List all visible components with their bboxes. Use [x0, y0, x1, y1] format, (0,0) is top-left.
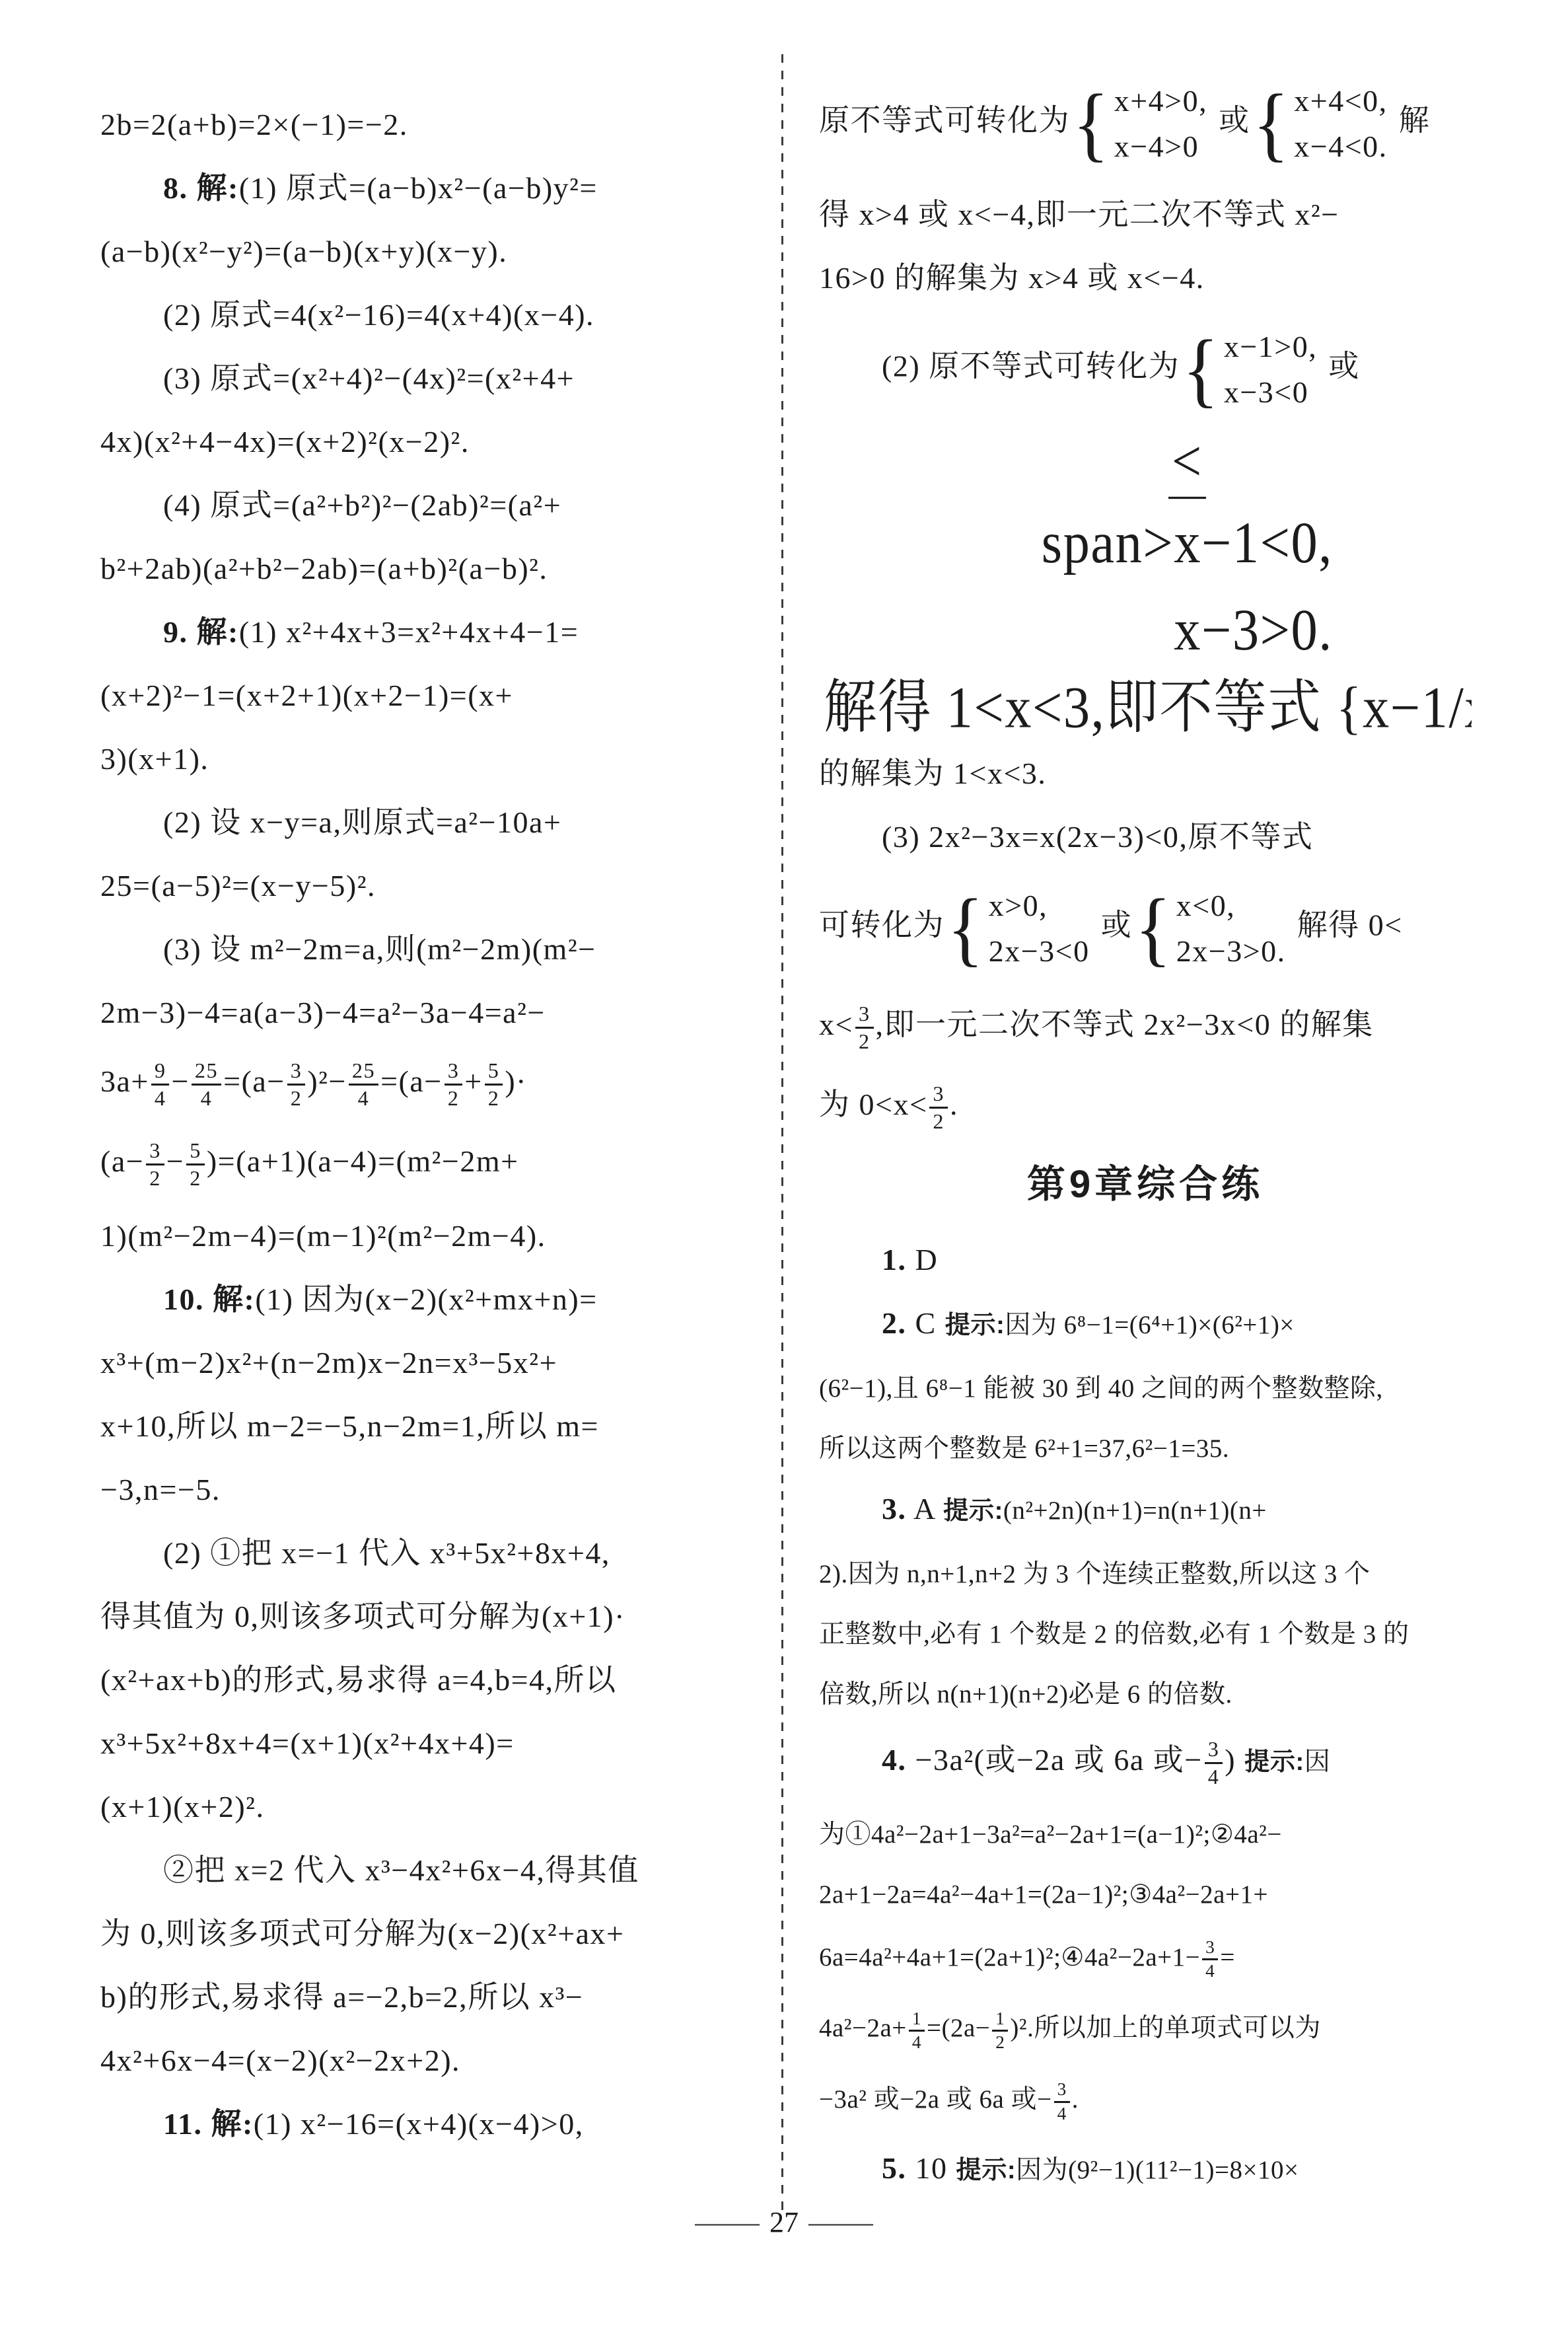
text-line: 2).因为 n,n+1,n+2 为 3 个连续正整数,所以这 3 个	[819, 1557, 1472, 1590]
answer-page: 2b=2(a+b)=2×(−1)=−2.8. 解:(1) 原式=(a−b)x²−…	[0, 0, 1568, 2325]
column-divider	[781, 54, 783, 2216]
text-line: (3) 原式=(x²+4)²−(4x)²=(x²+4+	[100, 361, 753, 396]
text-line: −3,n=−5.	[100, 1472, 753, 1508]
text-line: 6a=4a²+4a+1=(2a+1)²;④4a²−2a+1−34=	[819, 1937, 1472, 1982]
text-line: (2) ①把 x=−1 代入 x³+5x²+8x+4,	[100, 1535, 753, 1571]
text-line: 正整数中,必有 1 个数是 2 的倍数,必有 1 个数是 3 的	[819, 1617, 1472, 1650]
text-line: (2) 设 x−y=a,则原式=a²−10a+	[100, 805, 753, 840]
text-line: (3) 设 m²−2m=a,则(m²−2m)(m²−	[100, 932, 753, 967]
text-line: 4x²+6x−4=(x−2)(x²−2x+2).	[100, 2043, 753, 2079]
page-number: 27	[769, 2205, 799, 2239]
text-line: x<32,即一元二次不等式 2x²−3x<0 的解集	[819, 1002, 1472, 1054]
text-line: 为 0,则该多项式可分解为(x−2)(x²+ax+	[100, 1916, 753, 1952]
text-line: 3a+94−254=(a−32)²−254=(a−32+52)·	[100, 1058, 753, 1111]
text-line: b²+2ab)(a²+b²−2ab)=(a+b)²(a−b)².	[100, 551, 753, 587]
footer-dash-right: —	[809, 2205, 873, 2239]
text-line: 4. −3a²(或−2a 或 6a 或−34) 提示:因	[819, 1737, 1472, 1789]
text-line: 为①4a²−2a+1−3a²=a²−2a+1=(a−1)²;②4a²−	[819, 1817, 1472, 1851]
text-line: ②把 x=2 代入 x³−4x²+6x−4,得其值	[100, 1853, 753, 1888]
text-line: 所以这两个整数是 6²+1=37,6²−1=35.	[819, 1431, 1472, 1465]
text-line: 原不等式可转化为{x+4>0,x−4>0 或{x+4<0,x−4<0. 解	[819, 78, 1472, 169]
text-line: 8. 解:(1) 原式=(a−b)x²−(a−b)y²=	[100, 170, 753, 206]
text-line: 16>0 的解集为 x>4 或 x<−4.	[819, 260, 1472, 296]
text-line: 4x)(x²+4−4x)=(x+2)²(x−2)².	[100, 424, 753, 460]
text-line: 11. 解:(1) x²−16=(x+4)(x−4)>0,	[100, 2106, 753, 2142]
text-line: (x²+ax+b)的形式,易求得 a=4,b=4,所以	[100, 1662, 753, 1698]
text-line: (x+2)²−1=(x+2+1)(x+2−1)=(x+	[100, 678, 753, 714]
text-line: x³+(m−2)x²+(n−2m)x−2n=x³−5x²+	[100, 1345, 753, 1381]
text-line: (6²−1),且 6⁸−1 能被 30 到 40 之间的两个整数整除,	[819, 1371, 1472, 1405]
text-line: 4a²−2a+14=(2a−12)².所以加上的单项式可以为	[819, 2009, 1472, 2053]
text-line: 1. D	[819, 1242, 1472, 1278]
section-header: 第9章综合练	[819, 1162, 1472, 1208]
right-column: 原不等式可转化为{x+4>0,x−4>0 或{x+4<0,x−4<0. 解得 x…	[819, 78, 1472, 2219]
text-line: 可转化为{x>0,2x−3<0 或{x<0,2x−3>0. 解得 0<	[819, 883, 1472, 974]
text-line: x³+5x²+8x+4=(x+1)(x²+4x+4)=	[100, 1726, 753, 1761]
text-line: x+10,所以 m−2=−5,n−2m=1,所以 m=	[100, 1409, 753, 1444]
page-footer: — 27 —	[0, 2205, 1568, 2239]
text-line: 得其值为 0,则该多项式可分解为(x+1)·	[100, 1599, 753, 1635]
text-line: 2. C 提示:因为 6⁸−1=(6⁴+1)×(6²+1)×	[819, 1306, 1472, 1343]
text-line: b)的形式,易求得 a=−2,b=2,所以 x³−	[100, 1979, 753, 2015]
text-line: (3) 2x²−3x=x(2x−3)<0,原不等式	[819, 819, 1472, 855]
text-line: 3)(x+1).	[100, 741, 753, 777]
text-line: 25=(a−5)²=(x−y−5)².	[100, 868, 753, 904]
text-line: −3a² 或−2a 或 6a 或−34.	[819, 2079, 1472, 2124]
text-line: 1)(m²−2m−4)=(m−1)²(m²−2m−4).	[100, 1218, 753, 1254]
text-line: (2) 原不等式可转化为{x−1>0,x−3<0 或	[819, 324, 1472, 415]
text-line: 9. 解:(1) x²+4x+3=x²+4x+4−1=	[100, 614, 753, 650]
text-line: 得 x>4 或 x<−4,即一元二次不等式 x²−	[819, 197, 1472, 233]
text-line: 3. A 提示:(n²+2n)(n+1)=n(n+1)(n+	[819, 1491, 1472, 1529]
text-line: (x+1)(x+2)².	[100, 1789, 753, 1825]
text-line: 5. 10 提示:因为(9²−1)(11²−1)=8×10×	[819, 2151, 1472, 2188]
text-line: 2a+1−2a=4a²−4a+1=(2a−1)²;③4a²−2a+1+	[819, 1877, 1472, 1911]
text-line: 2m−3)−4=a(a−3)−4=a²−3a−4=a²−	[100, 995, 753, 1031]
text-line: 倍数,所以 n(n+1)(n+2)必是 6 的倍数.	[819, 1677, 1472, 1711]
text-line: 2b=2(a+b)=2×(−1)=−2.	[100, 107, 753, 143]
text-line: (a−32−52)=(a+1)(a−4)=(m²−2m+	[100, 1138, 753, 1191]
text-line: 为 0<x<32.	[819, 1082, 1472, 1134]
left-column: 2b=2(a+b)=2×(−1)=−2.8. 解:(1) 原式=(a−b)x²−…	[100, 107, 753, 2208]
text-line: (a−b)(x²−y²)=(a−b)(x+y)(x−y).	[100, 234, 753, 270]
text-line: 的解集为 1<x<3.	[819, 756, 1472, 792]
text-line: (2) 原式=4(x²−16)=4(x+4)(x−4).	[100, 297, 753, 333]
text-line: 10. 解:(1) 因为(x−2)(x²+mx+n)=	[100, 1282, 753, 1317]
text-line: <span>x−1<0,x−3>0. 解得 1<x<3,即不等式 {x−1/x−…	[819, 443, 1472, 728]
footer-dash-left: —	[695, 2205, 760, 2239]
text-line: (4) 原式=(a²+b²)²−(2ab)²=(a²+	[100, 488, 753, 523]
